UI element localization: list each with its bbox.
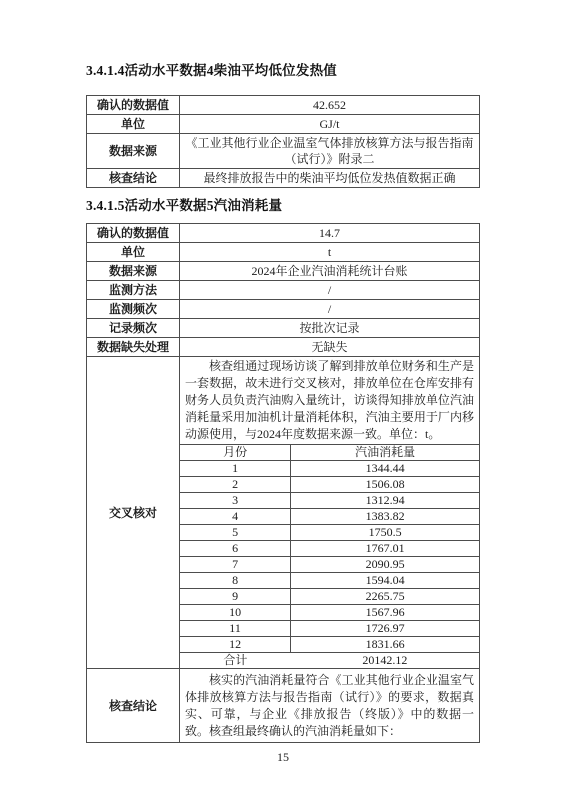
monthly-header-consumption: 汽油消耗量	[291, 445, 479, 461]
cross-check-paragraph: 核查组通过现场访谈了解到排放单位财务和生产是一套数据，故未进行交叉核对，排放单位…	[180, 357, 479, 443]
monthly-row: 7 2090.95	[180, 557, 479, 573]
consumption-cell: 1567.96	[291, 605, 479, 621]
page-content: 3.4.1.4活动水平数据4柴油平均低位发热值 确认的数据值 42.652 单位…	[86, 62, 480, 765]
row-value-record-frequency: 按批次记录	[180, 319, 480, 338]
row-value-conclusion: 最终排放报告中的柴油平均低位发热值数据正确	[180, 169, 480, 188]
month-cell: 4	[180, 509, 291, 525]
month-cell: 8	[180, 573, 291, 589]
section-heading-gasoline-consumption: 3.4.1.5活动水平数据5汽油消耗量	[86, 197, 480, 215]
row-label-unit: 单位	[87, 115, 180, 134]
consumption-cell: 1594.04	[291, 573, 479, 589]
monthly-header-month: 月份	[180, 445, 291, 461]
table-row: 单位 GJ/t	[87, 115, 480, 134]
table-row: 数据缺失处理 无缺失	[87, 338, 480, 357]
monthly-row: 2 1506.08	[180, 477, 479, 493]
table-row: 监测频次 /	[87, 300, 480, 319]
gasoline-consumption-table: 确认的数据值 14.7 单位 t 数据来源 2024年企业汽油消耗统计台账 监测…	[86, 223, 480, 743]
total-value: 20142.12	[291, 653, 479, 669]
document-page: 3.4.1.4活动水平数据4柴油平均低位发热值 确认的数据值 42.652 单位…	[0, 0, 566, 800]
table-row: 数据来源 2024年企业汽油消耗统计台账	[87, 262, 480, 281]
month-cell: 11	[180, 621, 291, 637]
total-label: 合计	[180, 653, 291, 669]
table-row: 记录频次 按批次记录	[87, 319, 480, 338]
monthly-row: 10 1567.96	[180, 605, 479, 621]
section-heading-diesel-heating-value: 3.4.1.4活动水平数据4柴油平均低位发热值	[86, 62, 480, 80]
row-label-verification-conclusion: 核查结论	[87, 669, 180, 743]
consumption-cell: 1750.5	[291, 525, 479, 541]
row-label-conclusion: 核查结论	[87, 169, 180, 188]
monthly-row: 11 1726.97	[180, 621, 479, 637]
month-cell: 7	[180, 557, 291, 573]
month-cell: 2	[180, 477, 291, 493]
consumption-cell: 1726.97	[291, 621, 479, 637]
row-label-cross-check: 交叉核对	[87, 357, 180, 669]
row-label-record-frequency: 记录频次	[87, 319, 180, 338]
monthly-row: 9 2265.75	[180, 589, 479, 605]
conclusion-row: 核查结论 核实的汽油消耗量符合《工业其他行业企业温室气体排放核算方法与报告指南（…	[87, 669, 480, 743]
row-label-data-source: 数据来源	[87, 262, 180, 281]
page-number: 15	[86, 750, 480, 765]
row-label-data-source: 数据来源	[87, 134, 180, 169]
table-row: 监测方法 /	[87, 281, 480, 300]
consumption-cell: 2265.75	[291, 589, 479, 605]
monthly-row: 6 1767.01	[180, 541, 479, 557]
row-value-missing-data-handling: 无缺失	[180, 338, 480, 357]
monthly-row: 1 1344.44	[180, 461, 479, 477]
row-value-data-source: 《工业其他行业企业温室气体排放核算方法与报告指南（试行）》附录二	[180, 134, 480, 169]
table-row: 确认的数据值 42.652	[87, 96, 480, 115]
month-cell: 9	[180, 589, 291, 605]
row-label-confirmed-value: 确认的数据值	[87, 96, 180, 115]
table-row: 核查结论 最终排放报告中的柴油平均低位发热值数据正确	[87, 169, 480, 188]
consumption-cell: 1312.94	[291, 493, 479, 509]
monthly-gasoline-table: 月份 汽油消耗量 1 1344.44 2 1506.08 3	[180, 444, 479, 668]
row-label-missing-data-handling: 数据缺失处理	[87, 338, 180, 357]
month-cell: 1	[180, 461, 291, 477]
row-value-monitoring-frequency: /	[180, 300, 480, 319]
month-cell: 10	[180, 605, 291, 621]
month-cell: 5	[180, 525, 291, 541]
monthly-table-header-row: 月份 汽油消耗量	[180, 445, 479, 461]
row-label-confirmed-value: 确认的数据值	[87, 224, 180, 243]
consumption-cell: 1344.44	[291, 461, 479, 477]
cross-check-content: 核查组通过现场访谈了解到排放单位财务和生产是一套数据，故未进行交叉核对，排放单位…	[180, 357, 480, 669]
row-label-monitoring-frequency: 监测频次	[87, 300, 180, 319]
row-label-monitoring-method: 监测方法	[87, 281, 180, 300]
row-value-unit: GJ/t	[180, 115, 480, 134]
conclusion-paragraph: 核实的汽油消耗量符合《工业其他行业企业温室气体排放核算方法与报告指南（试行）》的…	[180, 671, 479, 740]
row-value-monitoring-method: /	[180, 281, 480, 300]
diesel-heating-value-table: 确认的数据值 42.652 单位 GJ/t 数据来源 《工业其他行业企业温室气体…	[86, 95, 480, 188]
row-value-confirmed-value: 14.7	[180, 224, 480, 243]
conclusion-content: 核实的汽油消耗量符合《工业其他行业企业温室气体排放核算方法与报告指南（试行）》的…	[180, 669, 480, 743]
cross-check-row: 交叉核对 核查组通过现场访谈了解到排放单位财务和生产是一套数据，故未进行交叉核对…	[87, 357, 480, 669]
row-value-confirmed-value: 42.652	[180, 96, 480, 115]
row-label-unit: 单位	[87, 243, 180, 262]
monthly-row: 5 1750.5	[180, 525, 479, 541]
month-cell: 3	[180, 493, 291, 509]
consumption-cell: 1767.01	[291, 541, 479, 557]
consumption-cell: 1383.82	[291, 509, 479, 525]
monthly-row: 4 1383.82	[180, 509, 479, 525]
month-cell: 12	[180, 637, 291, 653]
monthly-row: 8 1594.04	[180, 573, 479, 589]
monthly-row: 12 1831.66	[180, 637, 479, 653]
monthly-row: 3 1312.94	[180, 493, 479, 509]
consumption-cell: 1831.66	[291, 637, 479, 653]
row-value-data-source: 2024年企业汽油消耗统计台账	[180, 262, 480, 281]
row-value-unit: t	[180, 243, 480, 262]
table-row: 数据来源 《工业其他行业企业温室气体排放核算方法与报告指南（试行）》附录二	[87, 134, 480, 169]
table-row: 确认的数据值 14.7	[87, 224, 480, 243]
table-row: 单位 t	[87, 243, 480, 262]
month-cell: 6	[180, 541, 291, 557]
consumption-cell: 1506.08	[291, 477, 479, 493]
monthly-total-row: 合计 20142.12	[180, 653, 479, 669]
consumption-cell: 2090.95	[291, 557, 479, 573]
